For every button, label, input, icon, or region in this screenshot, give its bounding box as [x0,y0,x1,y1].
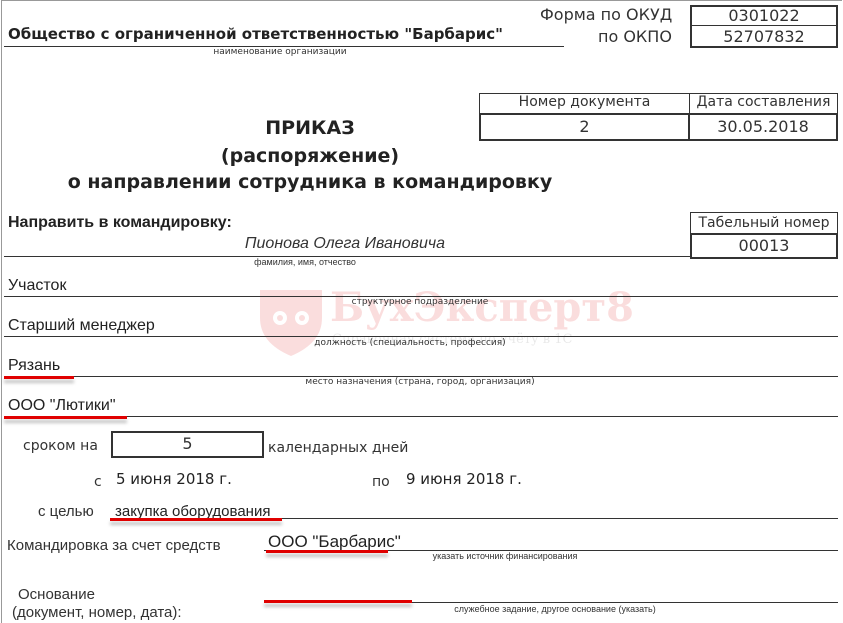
destination-city-highlight [4,376,74,379]
to-date: 9 июня 2018 г. [406,470,522,488]
destination-organization: ООО "Лютики" [8,397,116,415]
tab-number-header: Табельный номер [690,212,838,234]
title-subtitle: (распоряжение) [0,145,620,167]
codes-divider [692,25,836,26]
basis-caption: служебное задание, другое основание (ука… [400,604,710,614]
okud-value: 0301022 [690,6,838,25]
okpo-value: 52707832 [690,27,838,46]
destination-city: Рязань [8,357,60,375]
doc-date-value: 30.05.2018 [688,113,838,141]
send-label: Направить в командировку: [8,214,232,232]
employee-full-name: Пионова Олега Ивановича [0,235,690,253]
destination-org-underline [4,416,838,417]
destination-org-highlight [4,416,127,419]
tab-number-value: 00013 [690,233,838,259]
destination-caption: место назначения (страна, город, организ… [260,377,580,387]
position-underline [4,336,838,337]
from-date: 5 июня 2018 г. [116,470,232,488]
department-caption: структурное подразделение [280,297,560,307]
okud-label: Форма по ОКУД [540,5,672,24]
funding-value: ООО "Барбарис" [268,532,401,552]
purpose-highlight [110,518,282,521]
basis-label: Основание [18,586,95,603]
department-value: Участок [8,277,66,295]
funding-caption: указать источник финансирования [400,551,610,561]
to-label: по [372,474,390,490]
employee-name-caption: фамилия, имя, отчество [230,257,380,267]
organization-caption: наименование организации [150,47,410,57]
duration-label: сроком на [23,438,98,454]
organization-name: Общество с ограниченной ответственностью… [8,25,503,43]
title-description: о направлении сотрудника в командировку [0,171,620,193]
duration-value: 5 [111,431,264,458]
position-caption: должность (специальность, профессия) [260,338,560,348]
position-value: Старший менеджер [8,317,155,335]
basis-highlight [264,600,412,603]
funding-label: Командировка за счет средств [7,537,221,554]
funding-highlight [266,550,388,553]
purpose-label: с целью [38,503,94,520]
title-order: ПРИКАЗ [0,117,620,139]
doc-number-header: Номер документа [479,93,690,114]
from-label: с [94,474,102,490]
doc-date-header: Дата составления [689,93,838,114]
duration-unit: календарных дней [268,440,408,456]
okpo-label: по ОКПО [598,27,672,46]
basis-label-detail: (документ, номер, дата): [12,604,182,621]
